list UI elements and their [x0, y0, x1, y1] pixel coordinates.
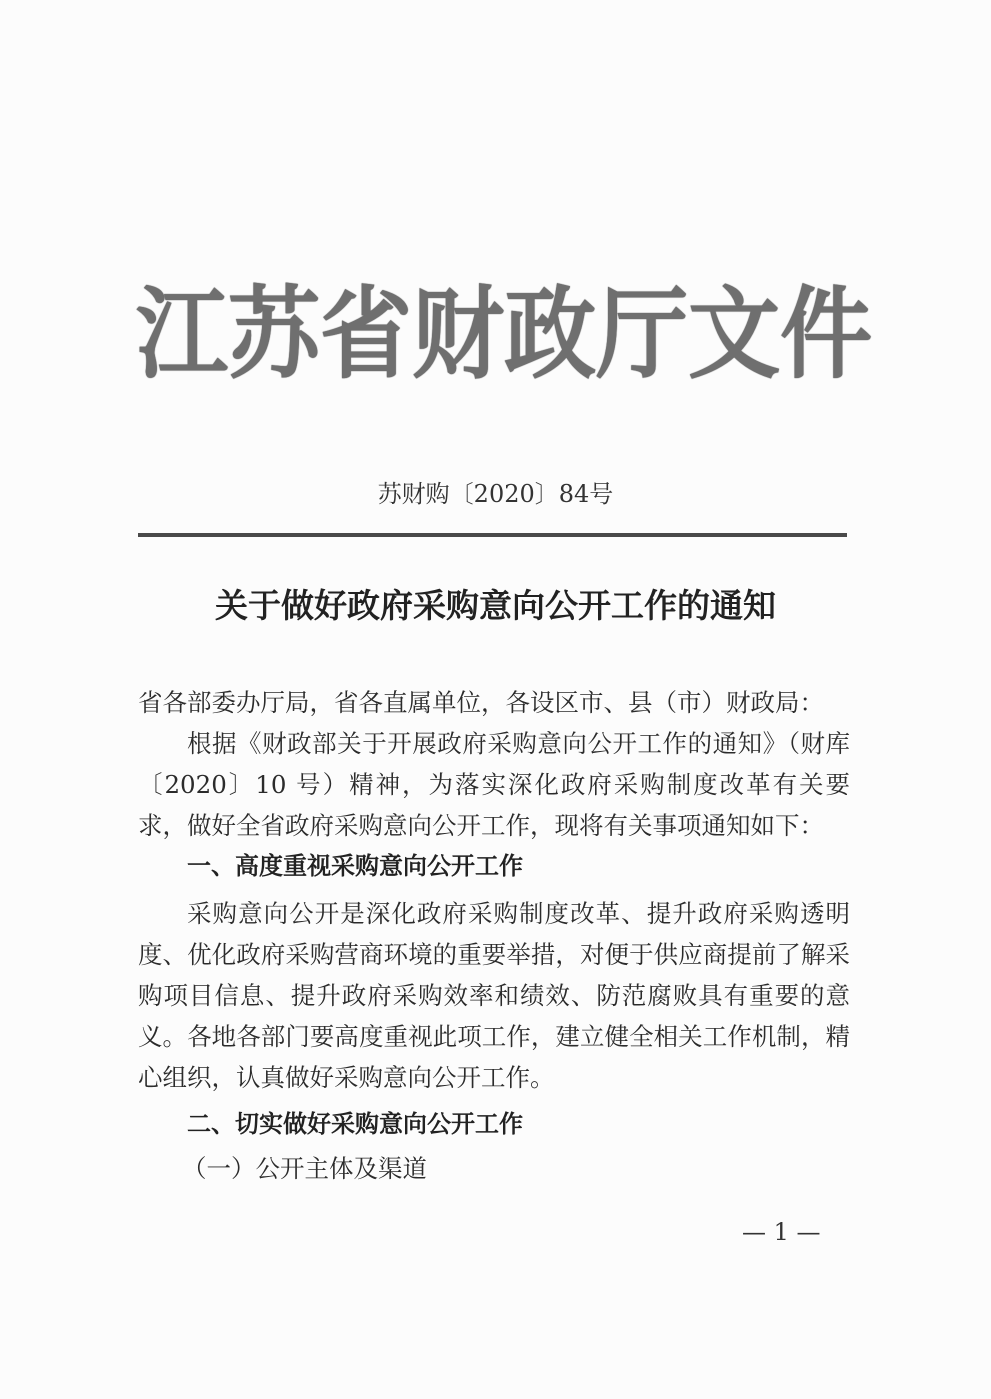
- masthead-char: 江: [136, 276, 228, 395]
- masthead-char: 件: [780, 276, 872, 395]
- header-divider: [138, 533, 847, 537]
- salutation: 省各部委办厅局，省各直属单位，各设区市、县（市）财政局：: [138, 682, 850, 723]
- section-1-paragraph: 采购意向公开是深化政府采购制度改革、提升政府采购透明度、优化政府采购营商环境的重…: [138, 893, 850, 1098]
- intro-paragraph: 根据《财政部关于开展政府采购意向公开工作的通知》（财库〔2020〕10 号）精神…: [138, 723, 850, 846]
- section-2-heading: 二、切实做好采购意向公开工作: [138, 1104, 850, 1145]
- document-number: 苏财购〔2020〕84号: [0, 474, 991, 509]
- masthead-char: 文: [688, 276, 780, 395]
- masthead-char: 厅: [596, 276, 688, 395]
- document-body: 省各部委办厅局，省各直属单位，各设区市、县（市）财政局： 根据《财政部关于开展政…: [138, 682, 850, 1193]
- masthead-char: 苏: [228, 276, 320, 395]
- document-page: 江 苏 省 财 政 厅 文 件 苏财购〔2020〕84号 关于做好政府采购意向公…: [0, 0, 991, 1399]
- section-1-heading: 一、高度重视采购意向公开工作: [138, 846, 850, 887]
- masthead-char: 政: [504, 276, 596, 395]
- section-2-subheading-1: （一）公开主体及渠道: [138, 1145, 850, 1193]
- document-title: 关于做好政府采购意向公开工作的通知: [0, 580, 991, 627]
- masthead-char: 省: [320, 276, 412, 395]
- masthead-char: 财: [412, 276, 504, 395]
- masthead-title: 江 苏 省 财 政 厅 文 件: [136, 280, 856, 390]
- page-number: — 1 —: [742, 1218, 821, 1246]
